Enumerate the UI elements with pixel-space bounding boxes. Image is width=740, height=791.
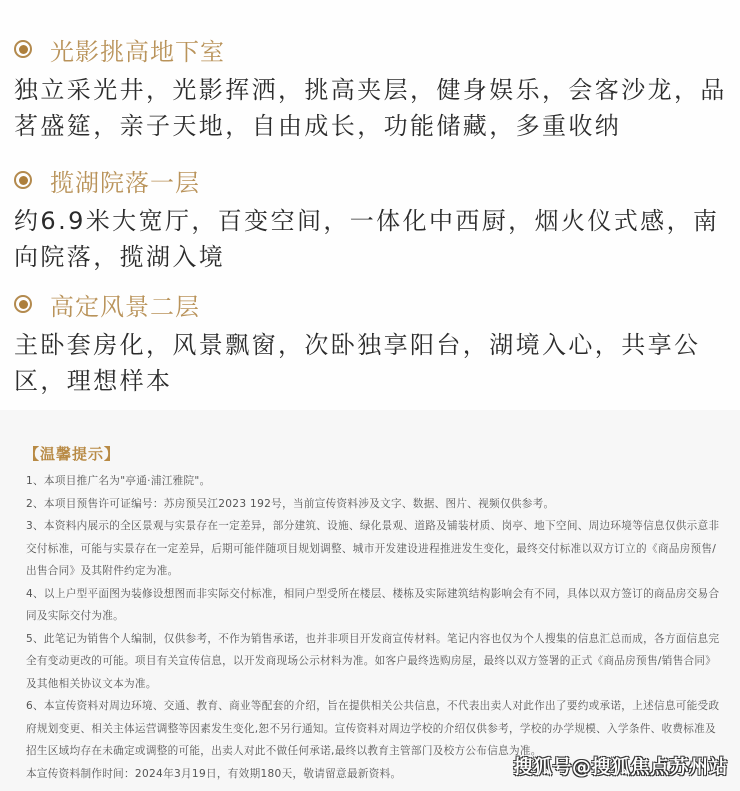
section-body: 主卧套房化，风景飘窗，次卧独享阳台，湖境入心，共享公区，理想样本 xyxy=(14,327,729,399)
radio-bullet-icon xyxy=(14,40,32,58)
feature-sections: 光影挑高地下室 独立采光井，光影挥洒，挑高夹层，健身娱乐，会客沙龙，品茗盛筵，亲… xyxy=(0,0,740,410)
notice-item: 3、本资料内展示的全区景观与实景存在一定差异，部分建筑、设施、绿化景观、道路及铺… xyxy=(26,515,726,583)
notice-panel: 【温馨提示】 1、本项目推广名为"亭通·浦江雅院"。 2、本项目预售许可证编号：… xyxy=(0,410,740,791)
section-title: 揽湖院落一层 xyxy=(50,163,200,198)
notice-title: 【温馨提示】 xyxy=(24,443,120,464)
section-body: 约6.9米大宽厅，百变空间，一体化中西厨，烟火仪式感，南向院落，揽湖入境 xyxy=(14,203,729,275)
radio-bullet-icon xyxy=(14,171,32,189)
notice-list: 1、本项目推广名为"亭通·浦江雅院"。 2、本项目预售许可证编号：苏房预吴江20… xyxy=(26,470,726,785)
radio-bullet-icon xyxy=(14,295,32,313)
notice-item: 2、本项目预售许可证编号：苏房预吴江2023 192号，当前宣传资料涉及文字、数… xyxy=(26,493,726,516)
section-header-second-floor: 高定风景二层 xyxy=(14,287,200,321)
section-header-first-floor: 揽湖院落一层 xyxy=(14,163,200,197)
section-title: 高定风景二层 xyxy=(50,287,200,322)
notice-item: 5、此笔记为销售个人编制，仅供参考，不作为销售承诺，也并非项目开发商宣传材料。笔… xyxy=(26,628,726,696)
section-body: 独立采光井，光影挥洒，挑高夹层，健身娱乐，会客沙龙，品茗盛筵，亲子天地，自由成长… xyxy=(14,72,729,144)
watermark: 搜狐号@搜狐焦点苏州站 xyxy=(513,752,728,779)
section-title: 光影挑高地下室 xyxy=(50,32,225,67)
notice-item: 1、本项目推广名为"亭通·浦江雅院"。 xyxy=(26,470,726,493)
section-header-basement: 光影挑高地下室 xyxy=(14,32,225,66)
notice-item: 4、以上户型平面图为装修设想图而非实际交付标准，相同户型受所在楼层、楼栋及实际建… xyxy=(26,583,726,628)
